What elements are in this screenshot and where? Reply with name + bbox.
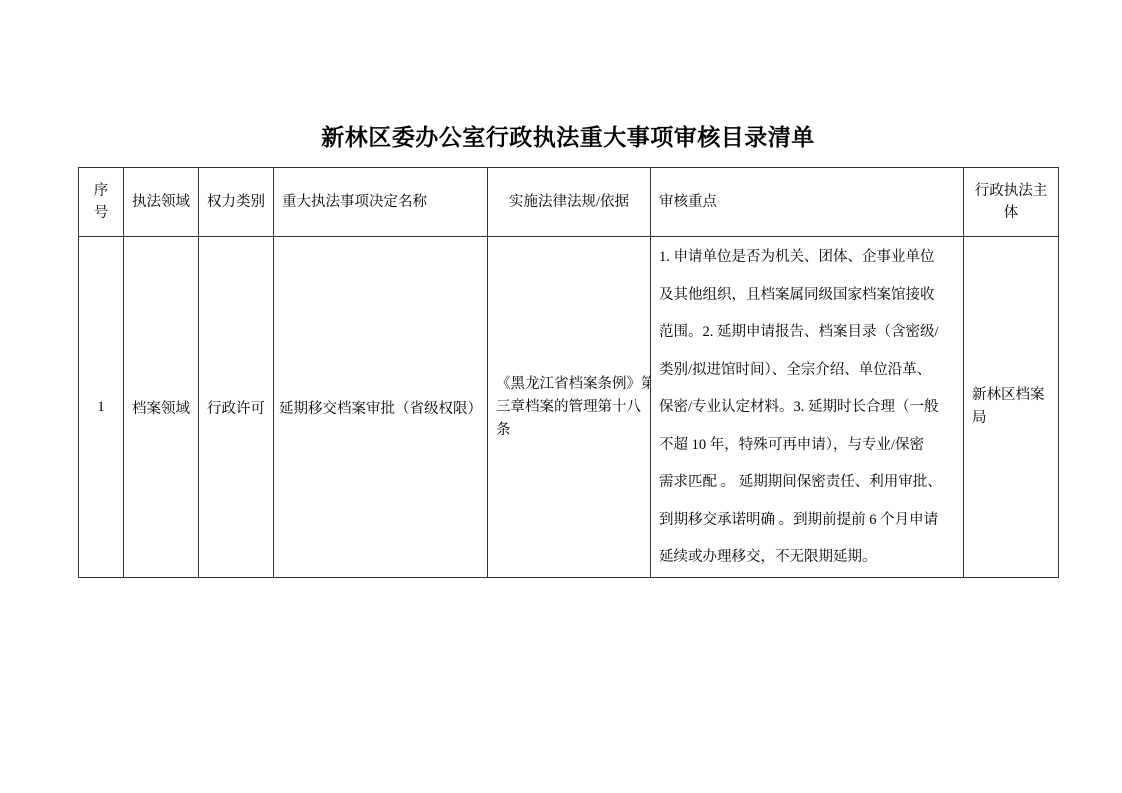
review-point-line: 需求匹配 。 延期期间保密责任、利用审批、 <box>659 464 955 502</box>
cell-review-points: 1. 申请单位是否为机关、团体、企事业单位 及其他组织，且档案属同级国家档案馆接… <box>651 237 964 578</box>
cell-field: 档案领域 <box>124 237 199 578</box>
review-point-line: 不超 10 年，特殊可再申请），与专业/保密 <box>659 427 955 465</box>
review-point-line: 延续或办理移交，不无限期延期。 <box>659 539 955 577</box>
legal-basis-line: 三章档案的管理第十八 <box>496 396 642 419</box>
header-cell-matter-name: 重大执法事项决定名称 <box>274 168 488 237</box>
header-cell-field: 执法领域 <box>124 168 199 237</box>
review-point-line: 保密/专业认定材料。3. 延期时长合理（一般 <box>659 389 955 427</box>
review-point-line: 1. 申请单位是否为机关、团体、企事业单位 <box>659 239 955 277</box>
review-point-line: 及其他组织，且档案属同级国家档案馆接收 <box>659 277 955 315</box>
review-point-line: 范围。2. 延期申请报告、档案目录（含密级/ <box>659 314 955 352</box>
document-page: 新林区委办公室行政执法重大事项审核目录清单 序号 执法领域 权力类别 重大执法事… <box>0 0 1122 793</box>
cell-authority: 新林区档案 局 <box>964 237 1059 578</box>
page-title: 新林区委办公室行政执法重大事项审核目录清单 <box>78 124 1058 152</box>
authority-line: 新林区档案 <box>972 384 1050 407</box>
header-cell-legal-basis: 实施法律法规/依据 <box>488 168 651 237</box>
document-content: 新林区委办公室行政执法重大事项审核目录清单 序号 执法领域 权力类别 重大执法事… <box>78 0 1058 578</box>
header-cell-power-type: 权力类别 <box>199 168 274 237</box>
table-header-row: 序号 执法领域 权力类别 重大执法事项决定名称 实施法律法规/依据 审核重点 行… <box>79 168 1059 237</box>
review-point-line: 类别/拟进馆时间）、全宗介绍、单位沿革、 <box>659 352 955 390</box>
header-cell-authority: 行政执法主体 <box>964 168 1059 237</box>
review-point-line: 到期移交承诺明确 。到期前提前 6 个月申请 <box>659 502 955 540</box>
legal-basis-line: 条 <box>496 419 642 442</box>
header-cell-review-points: 审核重点 <box>651 168 964 237</box>
header-cell-seq: 序号 <box>79 168 124 237</box>
cell-seq: 1 <box>79 237 124 578</box>
review-table: 序号 执法领域 权力类别 重大执法事项决定名称 实施法律法规/依据 审核重点 行… <box>78 167 1059 578</box>
cell-legal-basis: 《黑龙江省档案条例》第 三章档案的管理第十八 条 <box>488 237 651 578</box>
cell-matter-name: 延期移交档案审批（省级权限） <box>274 237 488 578</box>
legal-basis-line: 《黑龙江省档案条例》第 <box>496 373 642 396</box>
authority-line: 局 <box>972 407 1050 430</box>
table-row: 1 档案领域 行政许可 延期移交档案审批（省级权限） 《黑龙江省档案条例》第 三… <box>79 237 1059 578</box>
cell-power-type: 行政许可 <box>199 237 274 578</box>
